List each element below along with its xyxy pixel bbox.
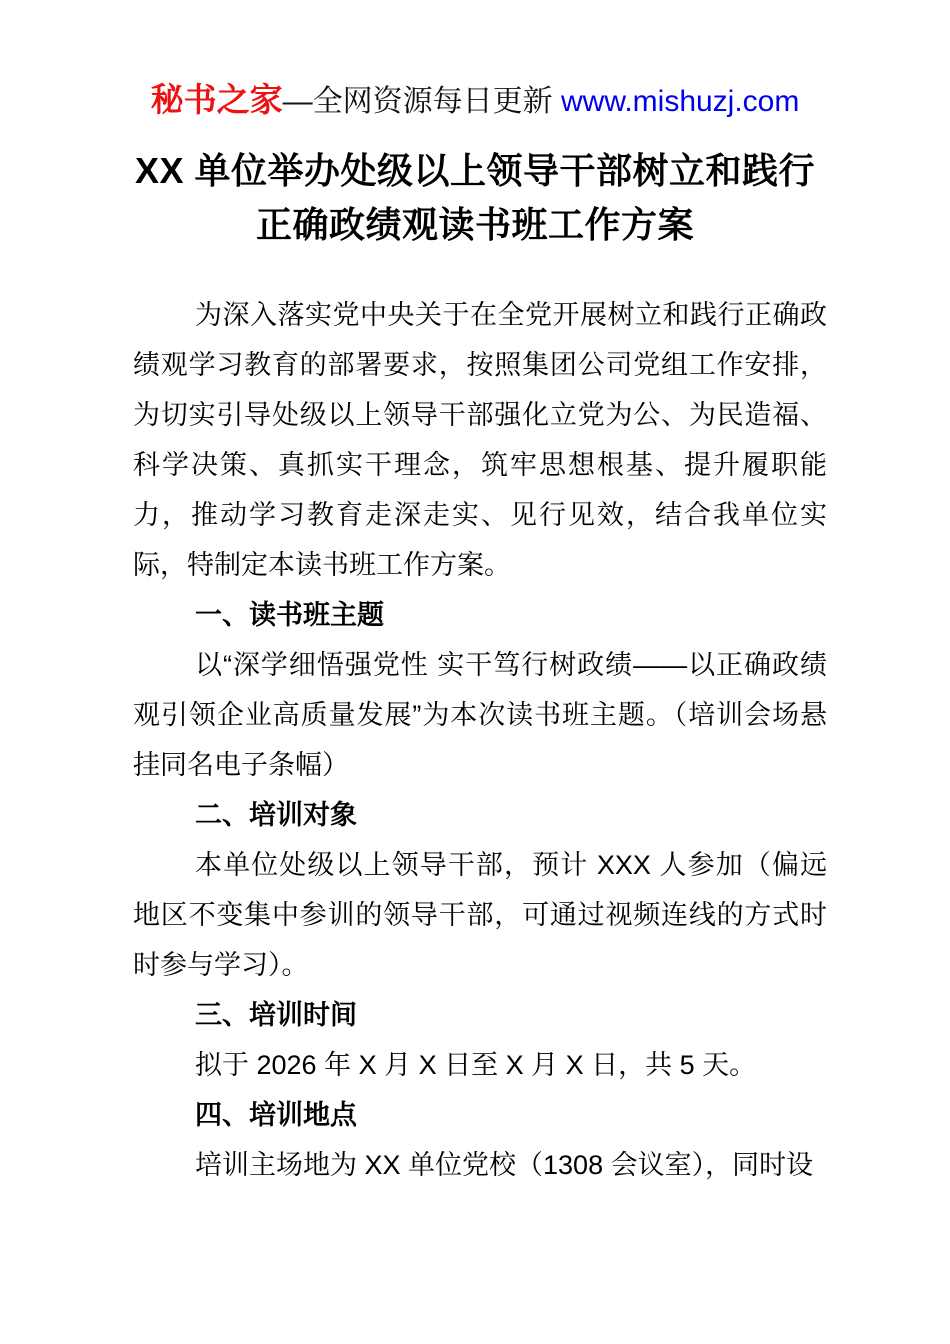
document-header: 秘书之家—全网资源每日更新 www.mishuzj.com	[0, 0, 950, 120]
section-heading: 二、培训对象	[133, 790, 827, 840]
section-heading: 四、培训地点	[133, 1090, 827, 1140]
header-tagline: —全网资源每日更新	[283, 85, 561, 118]
section-heading: 三、培训时间	[133, 990, 827, 1040]
body-paragraph: 本单位处级以上领导干部，预计 XXX 人参加（偏远地区不变集中参训的领导干部，可…	[133, 840, 827, 990]
body-paragraph: 培训主场地为 XX 单位党校（1308 会议室），同时设	[133, 1140, 827, 1190]
body-paragraph: 拟于 2026 年 X 月 X 日至 X 月 X 日，共 5 天。	[133, 1040, 827, 1090]
document-body: 为深入落实党中央关于在全党开展树立和践行正确政绩观学习教育的部署要求，按照集团公…	[133, 290, 827, 1190]
document-title: XX 单位举办处级以上领导干部树立和践行正确政绩观读书班工作方案	[130, 144, 820, 252]
site-url[interactable]: www.mishuzj.com	[561, 85, 799, 118]
body-paragraph: 为深入落实党中央关于在全党开展树立和践行正确政绩观学习教育的部署要求，按照集团公…	[133, 290, 827, 590]
document-page: 秘书之家—全网资源每日更新 www.mishuzj.com XX 单位举办处级以…	[0, 0, 950, 1344]
brand-text: 秘书之家	[151, 81, 283, 118]
section-heading: 一、读书班主题	[133, 590, 827, 640]
body-paragraph: 以“深学细悟强党性 实干笃行树政绩——以正确政绩观引领企业高质量发展”为本次读书…	[133, 640, 827, 790]
